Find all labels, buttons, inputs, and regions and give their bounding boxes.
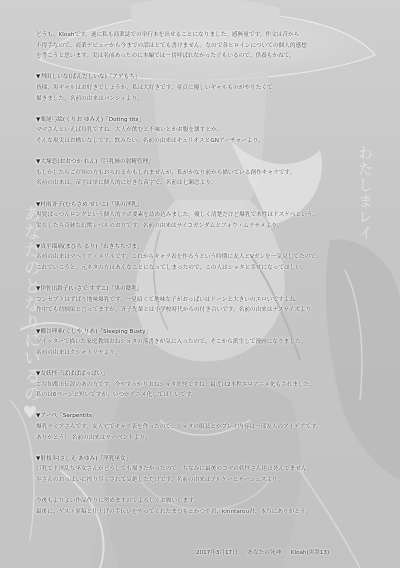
character-section: ▼櫛谷理亜(くしや りあ)「Sleeping Busty」 ツイッターで描いた家… — [36, 327, 376, 359]
intro-paragraph: どうも、Kloahです。遂に私も商業誌での単行本を出せることになりました。感無量… — [36, 30, 376, 62]
signature-title: あなたの死神 — [247, 550, 281, 556]
section-heading: ▼判田しいな(ばんだしいな)「アゲもち」 — [36, 72, 376, 83]
section-line: 歩さんのおっぱいに搾り尽くされて気絶しただけです。名前の由来はアルケーとサーシェ… — [36, 475, 376, 486]
intro-line: 不得手なので、商業デビューから今までの話はとても書けません。なので各ヒロインにつ… — [36, 41, 376, 52]
section-heading: ▼アーペ「Serpentits」 — [36, 411, 376, 422]
section-heading: ▼大塚恋(おおつか れん)「巨乳姉の射精管理」 — [36, 157, 376, 168]
section-line: 名前の由来はクシャトリヤより。 — [36, 348, 376, 359]
section-heading: ▼櫛谷理亜(くしや りあ)「Sleeping Busty」 — [36, 327, 376, 338]
character-section: ▼女妖怪「ぱぱぱぱっぱい」 ご存知都市伝説のあの方です。今やすっかりおねショタ妖… — [36, 369, 376, 401]
character-section: ▼真平瑠璃(まひら るり)「わきちちづま」 名前の由来はマヘリア・メリルです。こ… — [36, 242, 376, 274]
section-heading: ▼女妖怪「ぱぱぱぱっぱい」 — [36, 369, 376, 380]
character-section: ▼栗尾弓絵(くりお ゆみえ)「Doting tits」 ママさんといえば母乳です… — [36, 115, 376, 147]
intro-line: を書こうと思います。実は名前あったのに本編では一切呼ばれなかった子もいるので、供… — [36, 51, 376, 62]
section-line: これでいこうと。元ネタの方はあんなことになってしまったので、この人はショタと幸せ… — [36, 263, 376, 274]
closing-line: 今後もよりよい作品作りに努めますのでよろしくお願いします。 — [36, 496, 376, 507]
section-line: 作中でも幼馴染と言ってますが、斉子先輩とは小学校時代からの付き合いです。名前の由… — [36, 305, 376, 316]
character-section: ▼アーペ「Serpentits」 爆乳ラミアさんです。友人宅でキャラ表を作ったの… — [36, 411, 376, 443]
section-line: もしかしたらご存知の方もおられるかもしれませんが、私がかなり前から描いている創作… — [36, 168, 376, 179]
section-line: ツイッターで描いた家庭教師おねショタの落書きが気に入ったので、そこから派生して漫… — [36, 337, 376, 348]
character-section: ▼村雨斉子(むらさめ せいこ)「黒の淫乳」 黒髪ぱっつんロングという個人的ツボ要… — [36, 200, 376, 232]
section-line: 黒髪ぱっつんロングという個人的ツボ要素を詰め込みました。優しく清楚だけど爆乳で本… — [36, 210, 376, 221]
character-section: ▼伊佐出鈴子(いさで すずこ)「黒の陰乳」 コンセプトはずばり地味爆乳です。一見… — [36, 284, 376, 316]
section-line: 描きました。名前の由来はバンシィより。 — [36, 94, 376, 105]
section-line: 爆乳ラミアさんです。友人宅でキャラ表を作ったので、ショタの服装とかプレイ内容は一… — [36, 422, 376, 433]
section-line: そんな現実はお構いなしです。飲みたい。名前の由来はキュリオスとGNアーチャーより… — [36, 136, 376, 147]
afterword-text: どうも、Kloahです。遂に私も商業誌での単行本を出せることになりました。感無量… — [36, 30, 376, 528]
section-line: ご存知都市伝説のあの方です。今やすっかりおねショタ妖怪ですね。最近は2本程エロア… — [36, 380, 376, 391]
signature-line: 2017年3月17日 あなたの死神 Kloah(黒墨13) — [196, 548, 337, 556]
closing-paragraph: 今後もよりよい作品作りに努めますのでよろしくお願いします。 最後に、ゲスト原稿と… — [36, 496, 376, 517]
character-section: ▼大塚恋(おおつか れん)「巨乳姉の射精管理」 もしかしたらご存知の方もおられる… — [36, 157, 376, 189]
section-line: ママさんといえば母乳ですね。大人が飲むと不味いとかお腹を壊すとか、 — [36, 125, 376, 136]
section-line: 名前の由来はマヘリア・メリルです。これからキャラ表を作ろうという時期に友人とVガ… — [36, 252, 376, 263]
closing-line: 最後に、ゲスト原稿と仕上げの手伝いをやってくれたまつもとかつや君、kinntar… — [36, 507, 376, 518]
character-section: ▼判田しいな(ばんだしいな)「アゲもち」 皆様、黒ギャルはお好きでしょうか。私は… — [36, 72, 376, 104]
section-heading: ▼真平瑠璃(まひら るり)「わきちちづま」 — [36, 242, 376, 253]
section-line: 皆様、黒ギャルはお好きでしょうか。私は大好きです。童貞に優しいギャルものがやりた… — [36, 83, 376, 94]
section-line: 巨乳でド淫乱な巫女さんがどうしても描きたかったので。ちなみに最後のコマの妖怪さん… — [36, 464, 376, 475]
section-line: ありがとう！ 名前の由来はサーペントより。 — [36, 433, 376, 444]
section-heading: ▼伊佐出鈴子(いさで すずこ)「黒の陰乳」 — [36, 284, 376, 295]
character-section: ▼射枝歩(さしえ あゆみ)「淫乳巫女」 巨乳でド淫乱な巫女さんがどうしても描きた… — [36, 454, 376, 486]
section-line: 私のは6ページと短いですが、いつかアニメ化してほしいです。 — [36, 390, 376, 401]
section-line: 実在したら奇跡な幻獣レベルのお方です。名前の由来はサイコガンダムとフォウ・ムラサ… — [36, 221, 376, 232]
intro-line: どうも、Kloahです。遂に私も商業誌での単行本を出せることになりました。感無量… — [36, 30, 376, 41]
section-heading: ▼村雨斉子(むらさめ せいこ)「黒の淫乳」 — [36, 200, 376, 211]
section-line: 名前の由来は、苗字は単に個人的に好きな苗字で、名前は七瀬恋より。 — [36, 178, 376, 189]
afterword-page: わたしまレイ あなたのとなりにいるの♥ どうも、Kloahです。遂に私も商業誌で… — [0, 0, 400, 568]
signature-date: 2017年3月17日 — [196, 550, 238, 556]
section-line: コンセプトはずばり地味爆乳です。一見暗くて地味な子がおっぱいはドーンと大きいのエ… — [36, 295, 376, 306]
signature-author: Kloah(黒墨13) — [291, 550, 329, 556]
section-heading: ▼栗尾弓絵(くりお ゆみえ)「Doting tits」 — [36, 115, 376, 126]
section-heading: ▼射枝歩(さしえ あゆみ)「淫乳巫女」 — [36, 454, 376, 465]
